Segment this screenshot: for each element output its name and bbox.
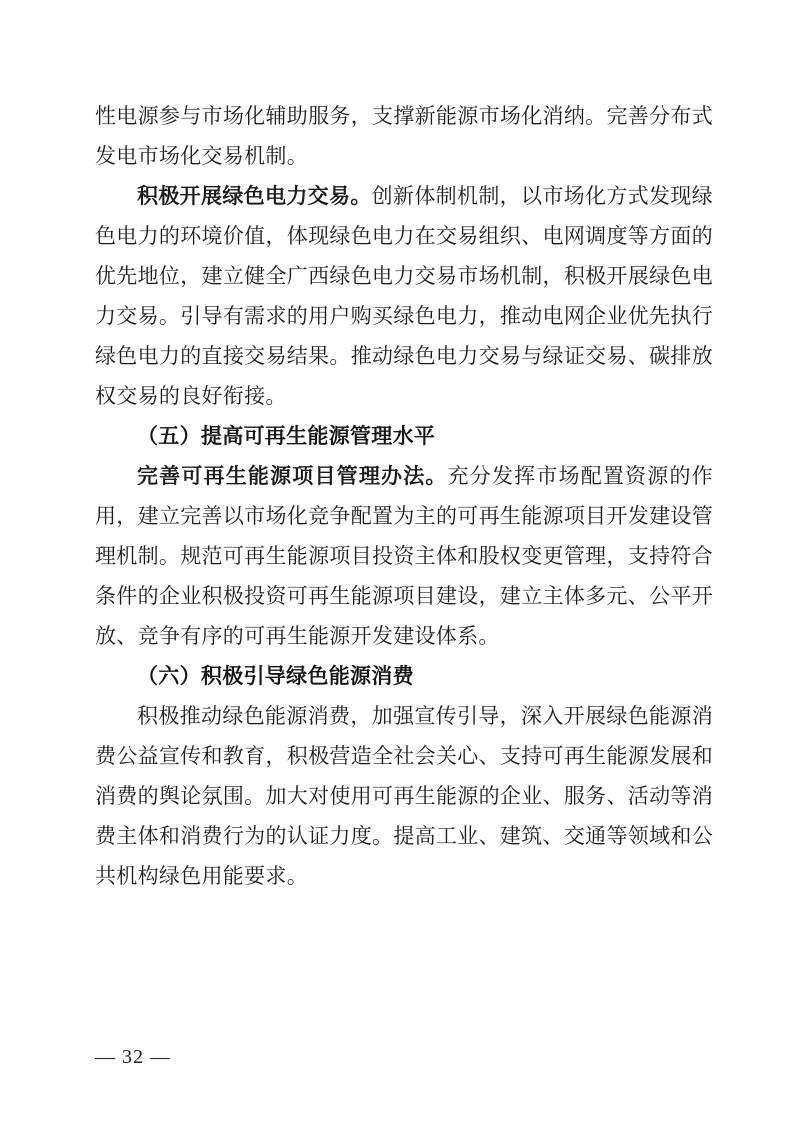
paragraph-body-project-management: 充分发挥市场配置资源的作用，建立完善以市场化竞争配置为主的可再生能源项目开发建设… — [95, 464, 713, 648]
paragraph-green-energy-consumption: 积极推动绿色能源消费，加强宣传引导，深入开展绿色能源消费公益宣传和教育，积极营造… — [95, 696, 713, 896]
paragraph-body-green-power-trading: 创新体制机制，以市场化方式发现绿色电力的环境价值，体现绿色电力在交易组织、电网调… — [95, 184, 713, 408]
paragraph-green-power-trading: 积极开展绿色电力交易。创新体制机制，以市场化方式发现绿色电力的环境价值，体现绿色… — [95, 176, 713, 416]
section-heading-6-green-energy-consumption: （六）积极引导绿色能源消费 — [95, 656, 713, 696]
document-content: 性电源参与市场化辅助服务，支撑新能源市场化消纳。完善分布式发电市场化交易机制。 … — [95, 96, 713, 896]
paragraph-body-green-energy-consumption: 积极推动绿色能源消费，加强宣传引导，深入开展绿色能源消费公益宣传和教育，积极营造… — [95, 704, 713, 888]
paragraph-continuation-market-services: 性电源参与市场化辅助服务，支撑新能源市场化消纳。完善分布式发电市场化交易机制。 — [95, 96, 713, 176]
paragraph-project-management: 完善可再生能源项目管理办法。充分发挥市场配置资源的作用，建立完善以市场化竞争配置… — [95, 456, 713, 656]
page-number: — 32 — — [95, 1043, 171, 1071]
paragraph-lead-project-management: 完善可再生能源项目管理办法。 — [137, 464, 448, 488]
document-page: 性电源参与市场化辅助服务，支撑新能源市场化消纳。完善分布式发电市场化交易机制。 … — [0, 0, 800, 1131]
section-heading-5-renewable-management: （五）提高可再生能源管理水平 — [95, 416, 713, 456]
paragraph-lead-green-power-trading: 积极开展绿色电力交易。 — [137, 184, 372, 208]
